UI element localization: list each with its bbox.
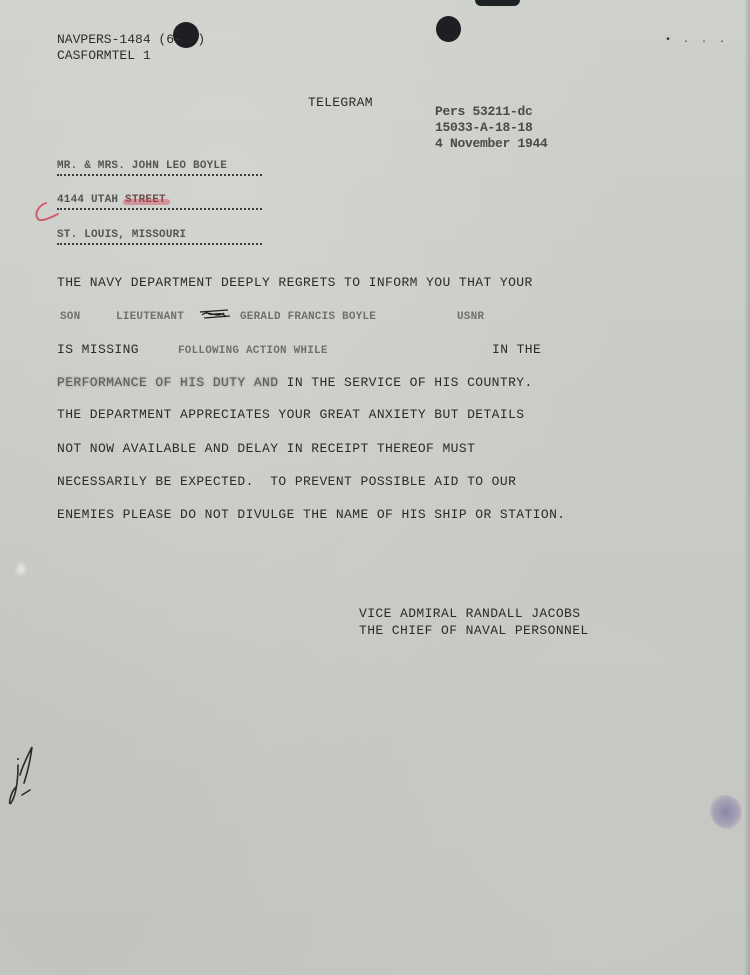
- body-line-6: NOT NOW AVAILABLE AND DELAY IN RECEIPT T…: [57, 440, 475, 458]
- form-code: CASFORMTEL 1: [57, 48, 151, 63]
- struck-phrase: PERFORMANCE OF HIS DUTY AND: [57, 375, 278, 390]
- body-line-4: PERFORMANCE OF HIS DUTY AND IN THE SERVI…: [57, 374, 533, 392]
- reference-date: 4 November 1944: [435, 136, 548, 151]
- body-line-4-rest: IN THE SERVICE OF HIS COUNTRY.: [278, 375, 532, 390]
- paper-edge-shadow: [744, 0, 750, 975]
- signatory-title: THE CHIEF OF NAVAL PERSONNEL: [359, 623, 589, 638]
- form-identifier: NAVPERS-1484 (6- ) CASFORMTEL 1: [57, 32, 205, 64]
- signature-block: VICE ADMIRAL RANDALL JACOBS THE CHIEF OF…: [359, 605, 589, 639]
- ink-specks: • . . .: [665, 36, 728, 46]
- purple-ink-stamp: [710, 795, 742, 829]
- addressee-street-number: 4144 UTAH: [57, 194, 125, 206]
- addressee-street-struck: STREET: [125, 194, 166, 206]
- reference-file: Pers 53211-dc: [435, 104, 533, 119]
- addressee-name-line: MR. & MRS. JOHN LEO BOYLE: [57, 158, 262, 176]
- body-line-5: THE DEPARTMENT APPRECIATES YOUR GREAT AN…: [57, 406, 524, 424]
- binder-clip: [475, 0, 520, 6]
- body-line-1: THE NAVY DEPARTMENT DEEPLY REGRETS TO IN…: [57, 274, 533, 292]
- in-the-label: IN THE: [492, 341, 541, 359]
- signatory-name: VICE ADMIRAL RANDALL JACOBS: [359, 606, 580, 621]
- relation-field: SON: [60, 308, 80, 326]
- addressee-name: MR. & MRS. JOHN LEO BOYLE: [57, 160, 227, 172]
- addressee-city: ST. LOUIS, MISSOURI: [57, 229, 186, 241]
- service-field: USNR: [457, 308, 484, 326]
- punch-hole-center: [436, 16, 461, 42]
- scribbled-out-icon: [198, 307, 232, 321]
- body-line-7: NECESSARILY BE EXPECTED. TO PREVENT POSS…: [57, 473, 516, 491]
- circumstance-field: FOLLOWING ACTION WHILE: [178, 342, 328, 360]
- addressee-street-line: 4144 UTAH STREET: [57, 192, 262, 210]
- rank-field: LIEUTENANT: [116, 308, 184, 326]
- form-number: NAVPERS-1484 (6- ): [57, 32, 205, 47]
- reference-block: Pers 53211-dc 15033-A-18-18 4 November 1…: [435, 104, 548, 152]
- body-line-8: ENEMIES PLEASE DO NOT DIVULGE THE NAME O…: [57, 506, 565, 524]
- paper-speck: [14, 560, 28, 578]
- reference-code: 15033-A-18-18: [435, 120, 533, 135]
- red-pencil-check-icon: [32, 200, 60, 224]
- document-title: TELEGRAM: [308, 95, 373, 110]
- handwritten-initials-icon: [6, 745, 36, 810]
- missing-label: IS MISSING: [57, 341, 139, 359]
- telegram-page: • . . . NAVPERS-1484 (6- ) CASFORMTEL 1 …: [0, 0, 750, 975]
- addressee-city-line: ST. LOUIS, MISSOURI: [57, 227, 262, 245]
- name-field: GERALD FRANCIS BOYLE: [240, 308, 376, 326]
